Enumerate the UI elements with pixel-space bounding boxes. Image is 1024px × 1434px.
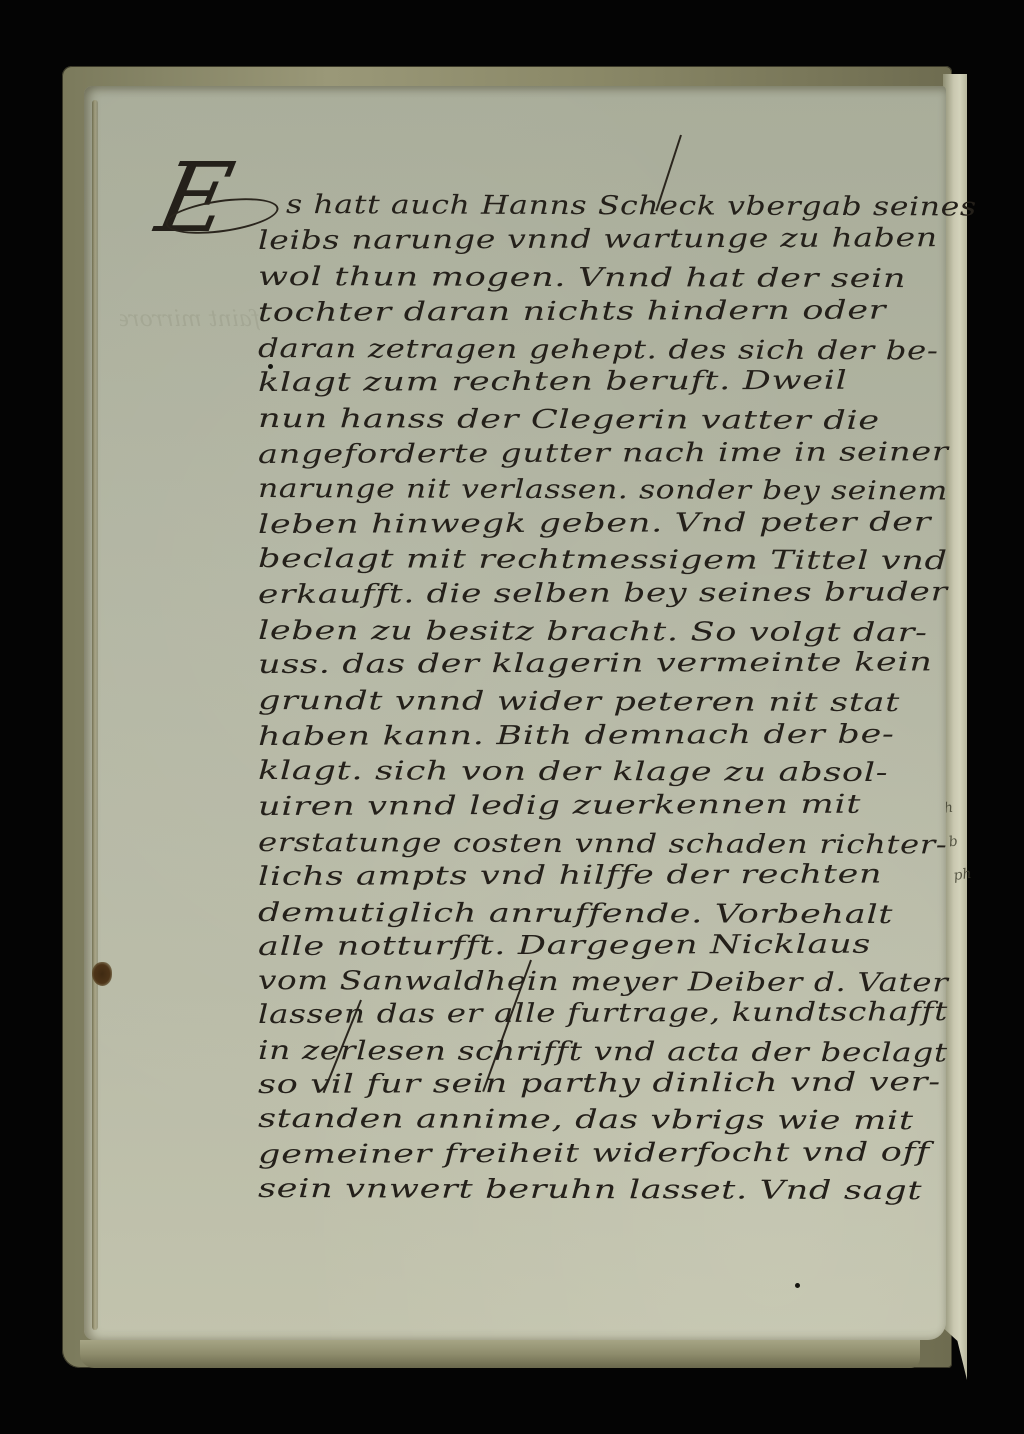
manuscript-line: haben kann. Bith demnach der be-	[258, 720, 895, 752]
manuscript-line: uss. das der klagerin vermeinte kein	[258, 647, 933, 680]
manuscript-line: leben zu besitz bracht. So volgt dar-	[258, 616, 928, 648]
facing-page-sliver	[943, 74, 967, 1380]
page-stack-bottom-edge	[80, 1340, 920, 1368]
manuscript-line: leben hinwegk geben. Vnd peter der	[258, 507, 931, 540]
manuscript-line: in zerlesen schrifft vnd acta der beclag…	[258, 1036, 948, 1068]
manuscript-line: alle notturfft. Dargegen Nicklaus	[258, 930, 871, 962]
ink-dot	[795, 1283, 800, 1288]
manuscript-line: demutiglich anruffende. Vorbehalt	[258, 898, 893, 930]
manuscript-line: s hatt auch Hanns Scheck vbergab seines	[286, 190, 977, 222]
manuscript-line: nun hanss der Clegerin vatter die	[258, 404, 880, 436]
manuscript-line: gemeiner freiheit widerfocht vnd off	[258, 1137, 930, 1170]
manuscript-line: leibs narunge vnnd wartunge zu haben	[258, 223, 938, 256]
manuscript-line: erstatunge costen vnnd schaden richter-	[258, 828, 948, 860]
manuscript-line: lassen das er alle furtrage, kundtschaff…	[258, 997, 948, 1030]
ink-stain	[92, 962, 112, 986]
manuscript-line: klagt zum rechten beruft. Dweil	[258, 366, 848, 398]
manuscript-line: wol thun mogen. Vnnd hat der sein	[258, 262, 906, 294]
manuscript-line: klagt. sich von der klage zu absol-	[258, 756, 888, 788]
manuscript-line: sein vnwert beruhn lasset. Vnd sagt	[258, 1174, 922, 1206]
left-deckled-edge	[92, 100, 98, 1330]
bleed-through-text: faint mirrored writing from verso	[120, 300, 260, 700]
manuscript-line: daran zetragen gehept. des sich der be-	[258, 334, 939, 366]
manuscript-line: standen annime, das vbrigs wie mit	[258, 1104, 914, 1136]
manuscript-line: angeforderte gutter nach ime in seiner	[258, 437, 949, 470]
manuscript-line: erkaufft. die selben bey seines bruder	[258, 577, 948, 610]
manuscript-line: grundt vnnd wider peteren nit stat	[258, 686, 900, 718]
manuscript-line: lichs ampts vnd hilffe der rechten	[258, 860, 883, 892]
manuscript-line: beclagt mit rechtmessigem Tittel vnd	[258, 544, 948, 576]
manuscript-line: uiren vnnd ledig zuerkennen mit	[258, 790, 861, 822]
manuscript-line: vom Sanwaldhein meyer Deiber d. Vater	[258, 966, 949, 998]
manuscript-line: narunge nit verlassen. sonder bey seinem	[258, 474, 948, 506]
manuscript-line: tochter daran nichts hindern oder	[258, 296, 886, 328]
manuscript-line: so vil fur sein parthy dinlich vnd ver-	[258, 1067, 941, 1100]
